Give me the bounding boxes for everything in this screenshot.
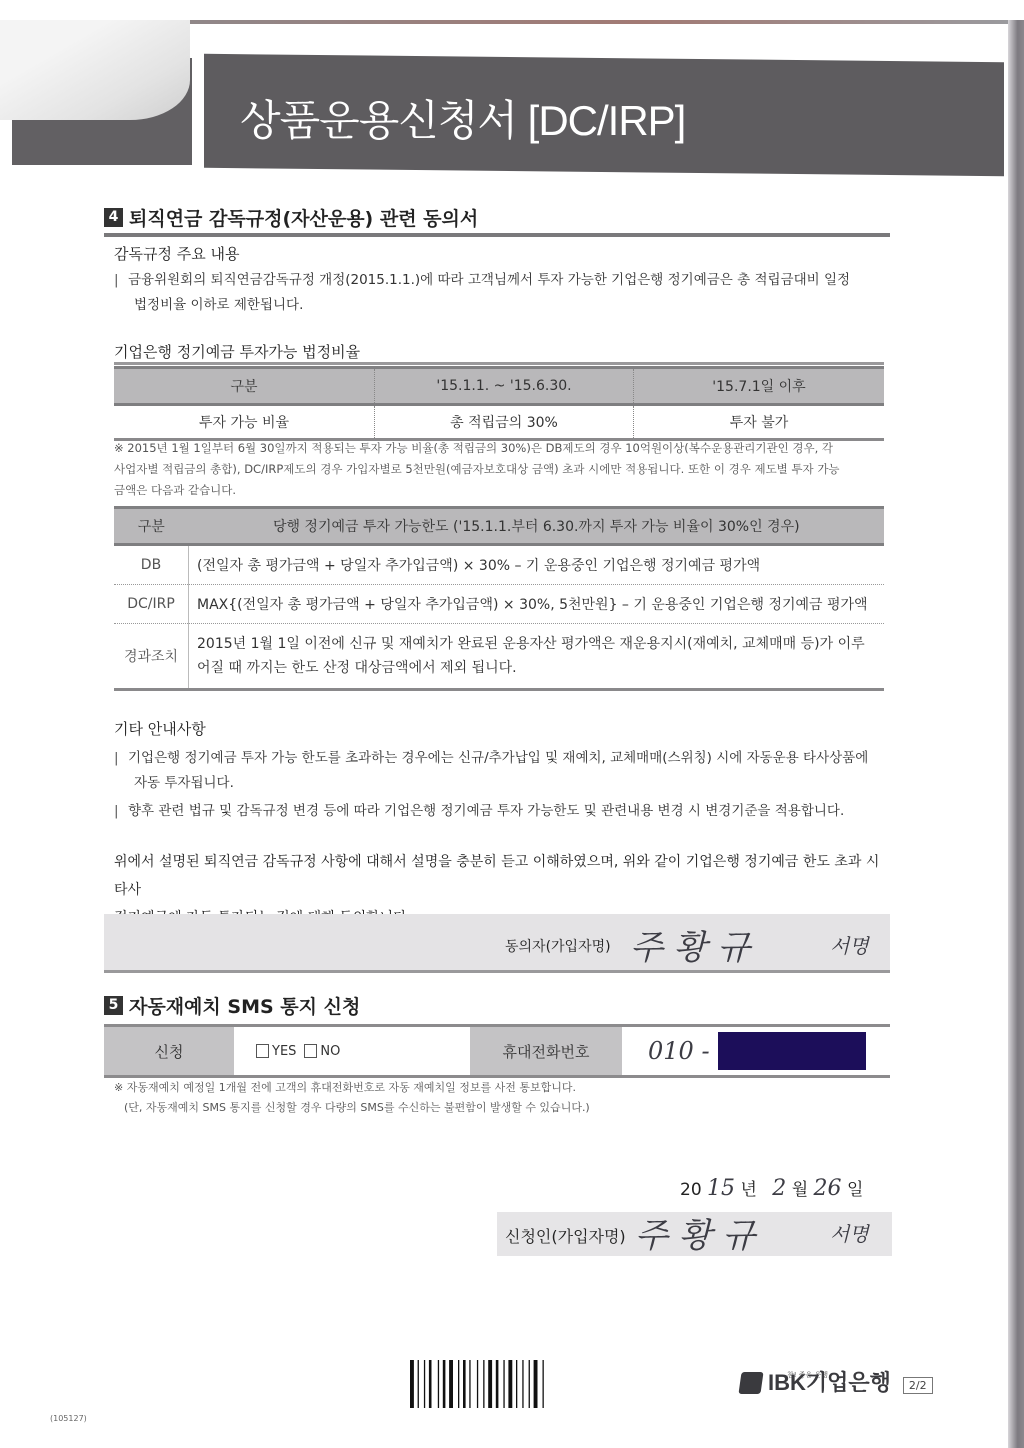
limit-header-0: 구분 (114, 508, 189, 545)
ratio-header-0: 구분 (114, 368, 375, 405)
section-4-title: 퇴직연금 감독규정(자산운용) 관련 동의서 (129, 204, 478, 231)
sms-application-row: 신청 YES NO 휴대전화번호 010 - (104, 1024, 890, 1078)
phone-field[interactable]: 010 - (622, 1027, 890, 1075)
applicant-signature-name[interactable]: 주 황 규 (635, 1208, 755, 1257)
section-number-badge: 4 (104, 208, 123, 227)
regulation-text: |금융위원회의 퇴직연금감독규정 개정(2015.1.1.)에 따라 고객님께서… (114, 268, 889, 318)
other-info-item-2: |향후 관련 법규 및 감독규정 변경 등에 따라 기업은행 정기예금 투자 가… (114, 799, 889, 824)
date-day[interactable]: 26 (814, 1176, 842, 1201)
table-row: DB (전일자 총 평가금액 + 당일자 추가입금액) × 30% – 기 운용… (114, 545, 884, 585)
barcode (410, 1360, 588, 1408)
section-5-title: 자동재예치 SMS 통지 신청 (129, 992, 360, 1019)
scan-top-edge (90, 20, 1010, 24)
bank-logo: IBK기업은행 2/2 (740, 1372, 933, 1394)
other-info-item-1: |기업은행 정기예금 투자 가능 한도를 초과하는 경우에는 신규/추가납입 및… (114, 746, 889, 796)
divider (114, 362, 884, 365)
consent-signature-area (104, 914, 890, 973)
applicant-signature-mark[interactable]: 서명 (830, 1218, 869, 1247)
section-number-badge: 5 (104, 996, 123, 1015)
date-month[interactable]: 2 (772, 1176, 786, 1201)
application-date: 20 15 년 2 월 26 일 (680, 1175, 863, 1201)
redacted-phone-number (718, 1032, 866, 1070)
form-code: (105127) (50, 1414, 87, 1423)
bullet-bar-icon: | (114, 746, 128, 771)
section-4-heading: 4 퇴직연금 감독규정(자산운용) 관련 동의서 (104, 204, 478, 231)
regulation-heading: 감독규정 주요 내용 (114, 243, 239, 264)
sms-note: ※ 자동재예치 예정일 1개월 전에 고객의 휴대전화번호로 자동 재예치일 정… (114, 1078, 884, 1118)
table-row: 투자 가능 비율 총 적립금의 30% 투자 불가 (114, 405, 884, 440)
ratio-note: ※ 2015년 1월 1일부터 6월 30일까지 적용되는 투자 가능 비율(총… (114, 438, 884, 501)
consenter-signature-mark[interactable]: 서명 (830, 930, 869, 959)
phone-prefix: 010 - (648, 1037, 710, 1065)
yes-checkbox[interactable] (256, 1044, 269, 1058)
table-row: 경과조치 2015년 1월 1일 이전에 신규 및 재예치가 완료된 운용자산 … (114, 624, 884, 690)
phone-label: 휴대전화번호 (470, 1027, 622, 1075)
no-checkbox[interactable] (304, 1044, 317, 1058)
sms-options: YES NO (234, 1027, 470, 1075)
apply-label: 신청 (104, 1027, 234, 1075)
section-divider (104, 233, 890, 237)
ratio-table: 구분 '15.1.1. ~ '15.6.30. '15.7.1일 이후 투자 가… (114, 366, 884, 441)
page-number: 2/2 (903, 1377, 933, 1394)
table-row: DC/IRP MAX{(전일자 총 평가금액 + 당일자 추가입금액) × 30… (114, 585, 884, 624)
ibk-logo-icon (738, 1372, 763, 1394)
limit-table: 구분 당행 정기예금 투자 가능한도 ('15.1.1.부터 6.30.까지 투… (114, 506, 884, 691)
ratio-header-2: '15.7.1일 이후 (634, 368, 885, 405)
bank-name: IBK기업은행 (768, 1372, 891, 1394)
section-5-heading: 5 자동재예치 SMS 통지 신청 (104, 992, 360, 1019)
bullet-bar-icon: | (114, 268, 128, 293)
bullet-bar-icon: | (114, 799, 128, 824)
other-info-heading: 기타 안내사항 (114, 718, 206, 739)
applicant-label: 신청인(가입자명) (505, 1224, 626, 1247)
ratio-header-1: '15.1.1. ~ '15.6.30. (375, 368, 634, 405)
document-title: 상품운용신청서 [DC/IRP] (240, 88, 685, 148)
folded-page-corner (0, 20, 190, 120)
limit-header-1: 당행 정기예금 투자 가능한도 ('15.1.1.부터 6.30.까지 투자 가… (189, 508, 885, 545)
scan-right-edge (1008, 20, 1024, 1448)
consenter-label: 동의자(가입자명) (505, 936, 611, 956)
date-year[interactable]: 15 (707, 1176, 735, 1201)
consenter-signature-name[interactable]: 주 황 규 (630, 920, 750, 969)
ratio-table-heading: 기업은행 정기예금 투자가능 법정비율 (114, 341, 360, 362)
